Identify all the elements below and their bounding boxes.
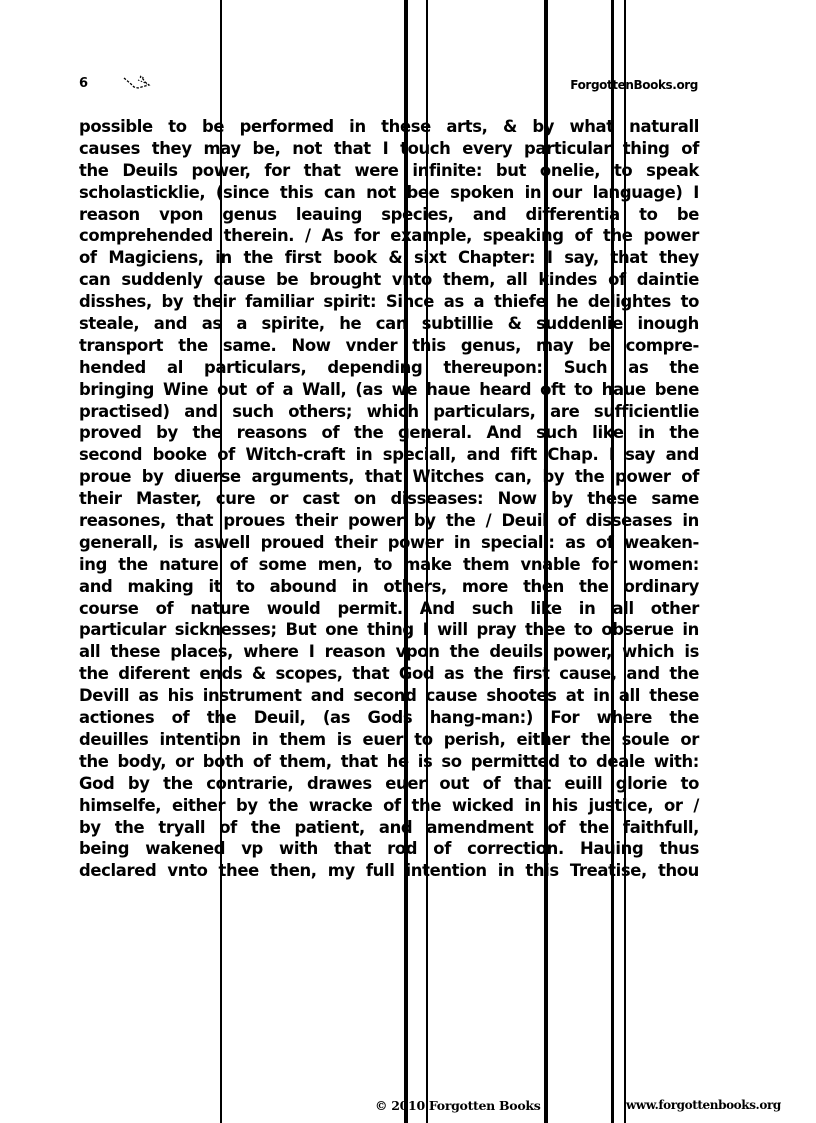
text-line: the Deuils power, for that were infinite… [79, 160, 699, 182]
text-line: can suddenly cause be brought vnto them,… [79, 269, 699, 291]
scan-artifact-line [624, 0, 626, 1123]
text-line: and making it to abound in others, more … [79, 576, 699, 598]
text-line: particular sicknesses; But one thing I w… [79, 619, 699, 641]
text-line: reason vpon genus leauing species, and d… [79, 204, 699, 226]
site-name: ForgottenBooks.org [570, 78, 698, 92]
scan-artifact-line [220, 0, 222, 1123]
scan-artifact-line [404, 0, 408, 1123]
body-text: possible to be performed in these arts, … [79, 116, 699, 882]
page-header: 6 ForgottenBooks.org [79, 74, 698, 94]
text-line: generall, is aswell proued their power i… [79, 532, 699, 554]
text-line: actiones of the Deuil, (as Gods hang-man… [79, 707, 699, 729]
page-number: 6 [79, 76, 88, 91]
text-line: by the tryall of the patient, and amendm… [79, 817, 699, 839]
text-line: reasones, that proues their power by the… [79, 510, 699, 532]
text-line: their Master, cure or cast on disseases:… [79, 488, 699, 510]
text-line: proved by the reasons of the general. An… [79, 422, 699, 444]
footer-copyright: © 2010 Forgotten Books [375, 1098, 540, 1113]
text-line: all these places, where I reason vpon th… [79, 641, 699, 663]
text-line: course of nature would permit. And such … [79, 598, 699, 620]
text-line: Devill as his instrument and second caus… [79, 685, 699, 707]
text-line: the diferent ends & scopes, that God as … [79, 663, 699, 685]
text-line: bringing Wine out of a Wall, (as we haue… [79, 379, 699, 401]
text-line: himselfe, either by the wracke of the wi… [79, 795, 699, 817]
scan-artifact-line [544, 0, 548, 1123]
text-line: transport the same. Now vnder this genus… [79, 335, 699, 357]
text-line: of Magiciens, in the first book & sixt C… [79, 247, 699, 269]
text-line: steale, and as a spirite, he can subtill… [79, 313, 699, 335]
text-line: declared vnto thee then, my full intenti… [79, 860, 699, 882]
text-line: practised) and such others; which partic… [79, 401, 699, 423]
pointing-hand-icon [121, 72, 161, 94]
scan-artifact-line [611, 0, 614, 1123]
text-line: comprehended therein. / As for example, … [79, 225, 699, 247]
document-page: 6 ForgottenBooks.org possible to be perf… [0, 0, 816, 1123]
text-line: causes they may be, not that I touch eve… [79, 138, 699, 160]
text-line: God by the contrarie, drawes euer out of… [79, 773, 699, 795]
text-line: hended al particulars, depending thereup… [79, 357, 699, 379]
scan-artifact-line [426, 0, 428, 1123]
footer-url: www.forgottenbooks.org [626, 1098, 781, 1112]
text-line: proue by diuerse arguments, that Witches… [79, 466, 699, 488]
page-footer: © 2010 Forgotten Books www.forgottenbook… [0, 1098, 816, 1116]
text-line: being wakened vp with that rod of correc… [79, 838, 699, 860]
text-line: the body, or both of them, that he is so… [79, 751, 699, 773]
text-line: disshes, by their familiar spirit: Since… [79, 291, 699, 313]
text-line: second booke of Witch-craft in speciall,… [79, 444, 699, 466]
text-line: deuilles intention in them is euer to pe… [79, 729, 699, 751]
text-line: ing the nature of some men, to make them… [79, 554, 699, 576]
text-line: possible to be performed in these arts, … [79, 116, 699, 138]
text-line: scholasticklie, (since this can not bee … [79, 182, 699, 204]
